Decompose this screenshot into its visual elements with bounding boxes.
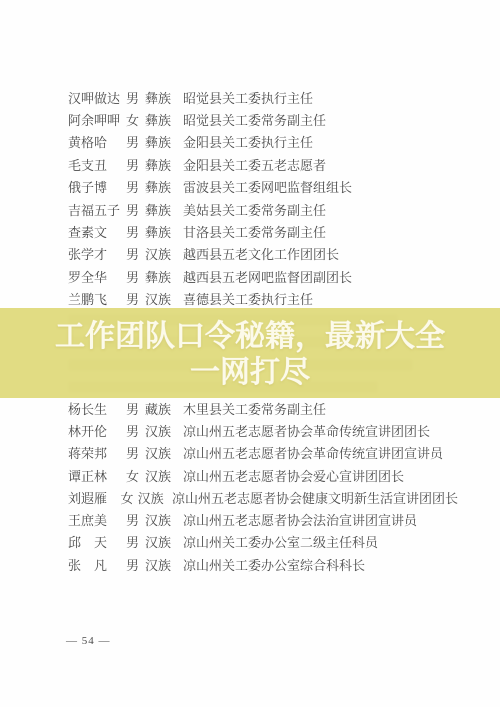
person-name: 邱 天 — [68, 532, 126, 551]
person-ethnicity: 藏族 — [145, 399, 183, 418]
person-ethnicity: 彝族 — [145, 222, 183, 241]
person-name: 罗全华 — [68, 267, 126, 286]
person-name: 蒋荣邦 — [68, 443, 126, 462]
person-ethnicity: 汉族 — [145, 510, 183, 529]
person-gender: 男 — [126, 555, 145, 574]
person-ethnicity: 彝族 — [145, 155, 183, 174]
person-ethnicity: 汉族 — [145, 443, 183, 462]
person-gender: 男 — [126, 177, 145, 196]
person-position: 金阳县关工委五老志愿者 — [183, 155, 458, 174]
person-gender: 女 — [126, 110, 145, 129]
person-ethnicity: 汉族 — [145, 244, 183, 263]
table-row: 黄格哈 男 彝族 金阳县关工委执行主任 — [68, 131, 458, 153]
person-gender: 男 — [126, 222, 145, 241]
person-gender: 男 — [126, 532, 145, 551]
person-name: 吉福五子 — [68, 200, 126, 219]
person-position: 昭觉县关工委常务副主任 — [183, 110, 458, 129]
person-gender: 男 — [126, 443, 145, 462]
person-position: 凉山州五老志愿者协会革命传统宣讲团团长 — [183, 421, 458, 440]
table-row: 蒋荣邦 男 汉族 凉山州五老志愿者协会革命传统宣讲团宣讲员 — [68, 442, 458, 464]
table-row: 张学才 男 汉族 越西县五老文化工作团团长 — [68, 243, 458, 265]
table-row: 王庶美 男 汉族 凉山州五老志愿者协会法治宣讲团宣讲员 — [68, 508, 458, 530]
person-ethnicity: 汉族 — [145, 421, 183, 440]
person-name: 谭正林 — [68, 466, 126, 485]
person-position: 越西县五老文化工作团团长 — [183, 244, 458, 263]
person-gender: 男 — [126, 132, 145, 151]
document-page: 汉呷做达 男 彝族 昭觉县关工委执行主任 阿余呷呷 女 彝族 昭觉县关工委常务副… — [0, 0, 500, 707]
person-ethnicity: 彝族 — [145, 88, 183, 107]
person-position: 凉山州关工委办公室综合科科长 — [183, 555, 458, 574]
table-row: 兰鹏飞 男 汉族 喜德县关工委执行主任 — [68, 288, 458, 310]
person-name: 阿余呷呷 — [68, 110, 126, 129]
table-row: 罗全华 男 彝族 越西县五老网吧监督团副团长 — [68, 265, 458, 287]
person-position: 越西县五老网吧监督团副团长 — [183, 267, 458, 286]
person-name: 兰鹏飞 — [68, 289, 126, 308]
person-gender: 男 — [126, 399, 145, 418]
banner-text-line1: 工作团队口令秘籍，最新大全 — [0, 319, 500, 355]
person-ethnicity: 汉族 — [145, 555, 183, 574]
person-name: 俄子博 — [68, 177, 126, 196]
person-gender: 女 — [120, 488, 137, 507]
person-ethnicity: 汉族 — [145, 532, 183, 551]
overlay-banner: 工作团队口令秘籍，最新大全 一网打尽 — [0, 308, 500, 398]
person-ethnicity: 汉族 — [145, 466, 183, 485]
person-name: 毛支丑 — [68, 155, 126, 174]
person-position: 凉山州五老志愿者协会革命传统宣讲团宣讲员 — [183, 443, 458, 462]
person-position: 雷波县关工委网吧监督组组长 — [183, 177, 458, 196]
table-row: 毛支丑 男 彝族 金阳县关工委五老志愿者 — [68, 153, 458, 175]
table-row: 林开伦 男 汉族 凉山州五老志愿者协会革命传统宣讲团团长 — [68, 419, 458, 441]
person-gender: 男 — [126, 244, 145, 263]
person-position: 凉山州五老志愿者协会法治宣讲团宣讲员 — [183, 510, 458, 529]
table-row: 谭正林 女 汉族 凉山州五老志愿者协会爱心宣讲团团长 — [68, 464, 458, 486]
person-gender: 男 — [126, 510, 145, 529]
person-name: 杨长生 — [68, 399, 126, 418]
table-row: 汉呷做达 男 彝族 昭觉县关工委执行主任 — [68, 86, 458, 108]
person-name: 汉呷做达 — [68, 88, 126, 107]
person-name: 张学才 — [68, 244, 126, 263]
person-name: 黄格哈 — [68, 132, 126, 151]
person-position: 甘洛县关工委常务副主任 — [183, 222, 458, 241]
person-gender: 男 — [126, 267, 145, 286]
person-name: 张 凡 — [68, 555, 126, 574]
person-position: 凉山州五老志愿者协会爱心宣讲团团长 — [183, 466, 458, 485]
table-row: 杨长生 男 藏族 木里县关工委常务副主任 — [68, 397, 458, 419]
person-gender: 男 — [126, 88, 145, 107]
table-row: 吉福五子 男 彝族 美姑县关工委常务副主任 — [68, 198, 458, 220]
table-row: 阿余呷呷 女 彝族 昭觉县关工委常务副主任 — [68, 108, 458, 130]
person-position: 美姑县关工委常务副主任 — [183, 200, 458, 219]
roster-rows-lower: 杨长生 男 藏族 木里县关工委常务副主任 林开伦 男 汉族 凉山州五老志愿者协会… — [68, 397, 458, 575]
person-name: 刘遐雁 — [68, 488, 120, 507]
table-row: 张 凡 男 汉族 凉山州关工委办公室综合科科长 — [68, 553, 458, 575]
person-name: 林开伦 — [68, 421, 126, 440]
table-row: 俄子博 男 彝族 雷波县关工委网吧监督组组长 — [68, 176, 458, 198]
person-gender: 男 — [126, 155, 145, 174]
person-position: 喜德县关工委执行主任 — [183, 289, 458, 308]
person-position: 凉山州关工委办公室二级主任科员 — [183, 532, 458, 551]
page-number: — 54 — — [66, 635, 111, 647]
person-position: 凉山州五老志愿者协会健康文明新生活宣讲团团长 — [172, 488, 458, 507]
person-ethnicity: 彝族 — [145, 177, 183, 196]
person-position: 木里县关工委常务副主任 — [183, 399, 458, 418]
person-ethnicity: 汉族 — [138, 488, 172, 507]
person-ethnicity: 彝族 — [145, 200, 183, 219]
person-gender: 女 — [126, 466, 145, 485]
person-name: 王庶美 — [68, 510, 126, 529]
table-row: 刘遐雁 女 汉族 凉山州五老志愿者协会健康文明新生活宣讲团团长 — [68, 486, 458, 508]
person-ethnicity: 彝族 — [145, 267, 183, 286]
person-ethnicity: 彝族 — [145, 132, 183, 151]
person-gender: 男 — [126, 200, 145, 219]
roster-rows-upper: 汉呷做达 男 彝族 昭觉县关工委执行主任 阿余呷呷 女 彝族 昭觉县关工委常务副… — [68, 86, 458, 310]
table-row: 查素文 男 彝族 甘洛县关工委常务副主任 — [68, 220, 458, 242]
person-ethnicity: 汉族 — [145, 289, 183, 308]
person-gender: 男 — [126, 421, 145, 440]
person-name: 查素文 — [68, 222, 126, 241]
person-position: 昭觉县关工委执行主任 — [183, 88, 458, 107]
person-position: 金阳县关工委执行主任 — [183, 132, 458, 151]
table-row: 邱 天 男 汉族 凉山州关工委办公室二级主任科员 — [68, 531, 458, 553]
person-gender: 男 — [126, 289, 145, 308]
banner-text-line2: 一网打尽 — [0, 355, 500, 391]
person-ethnicity: 彝族 — [145, 110, 183, 129]
